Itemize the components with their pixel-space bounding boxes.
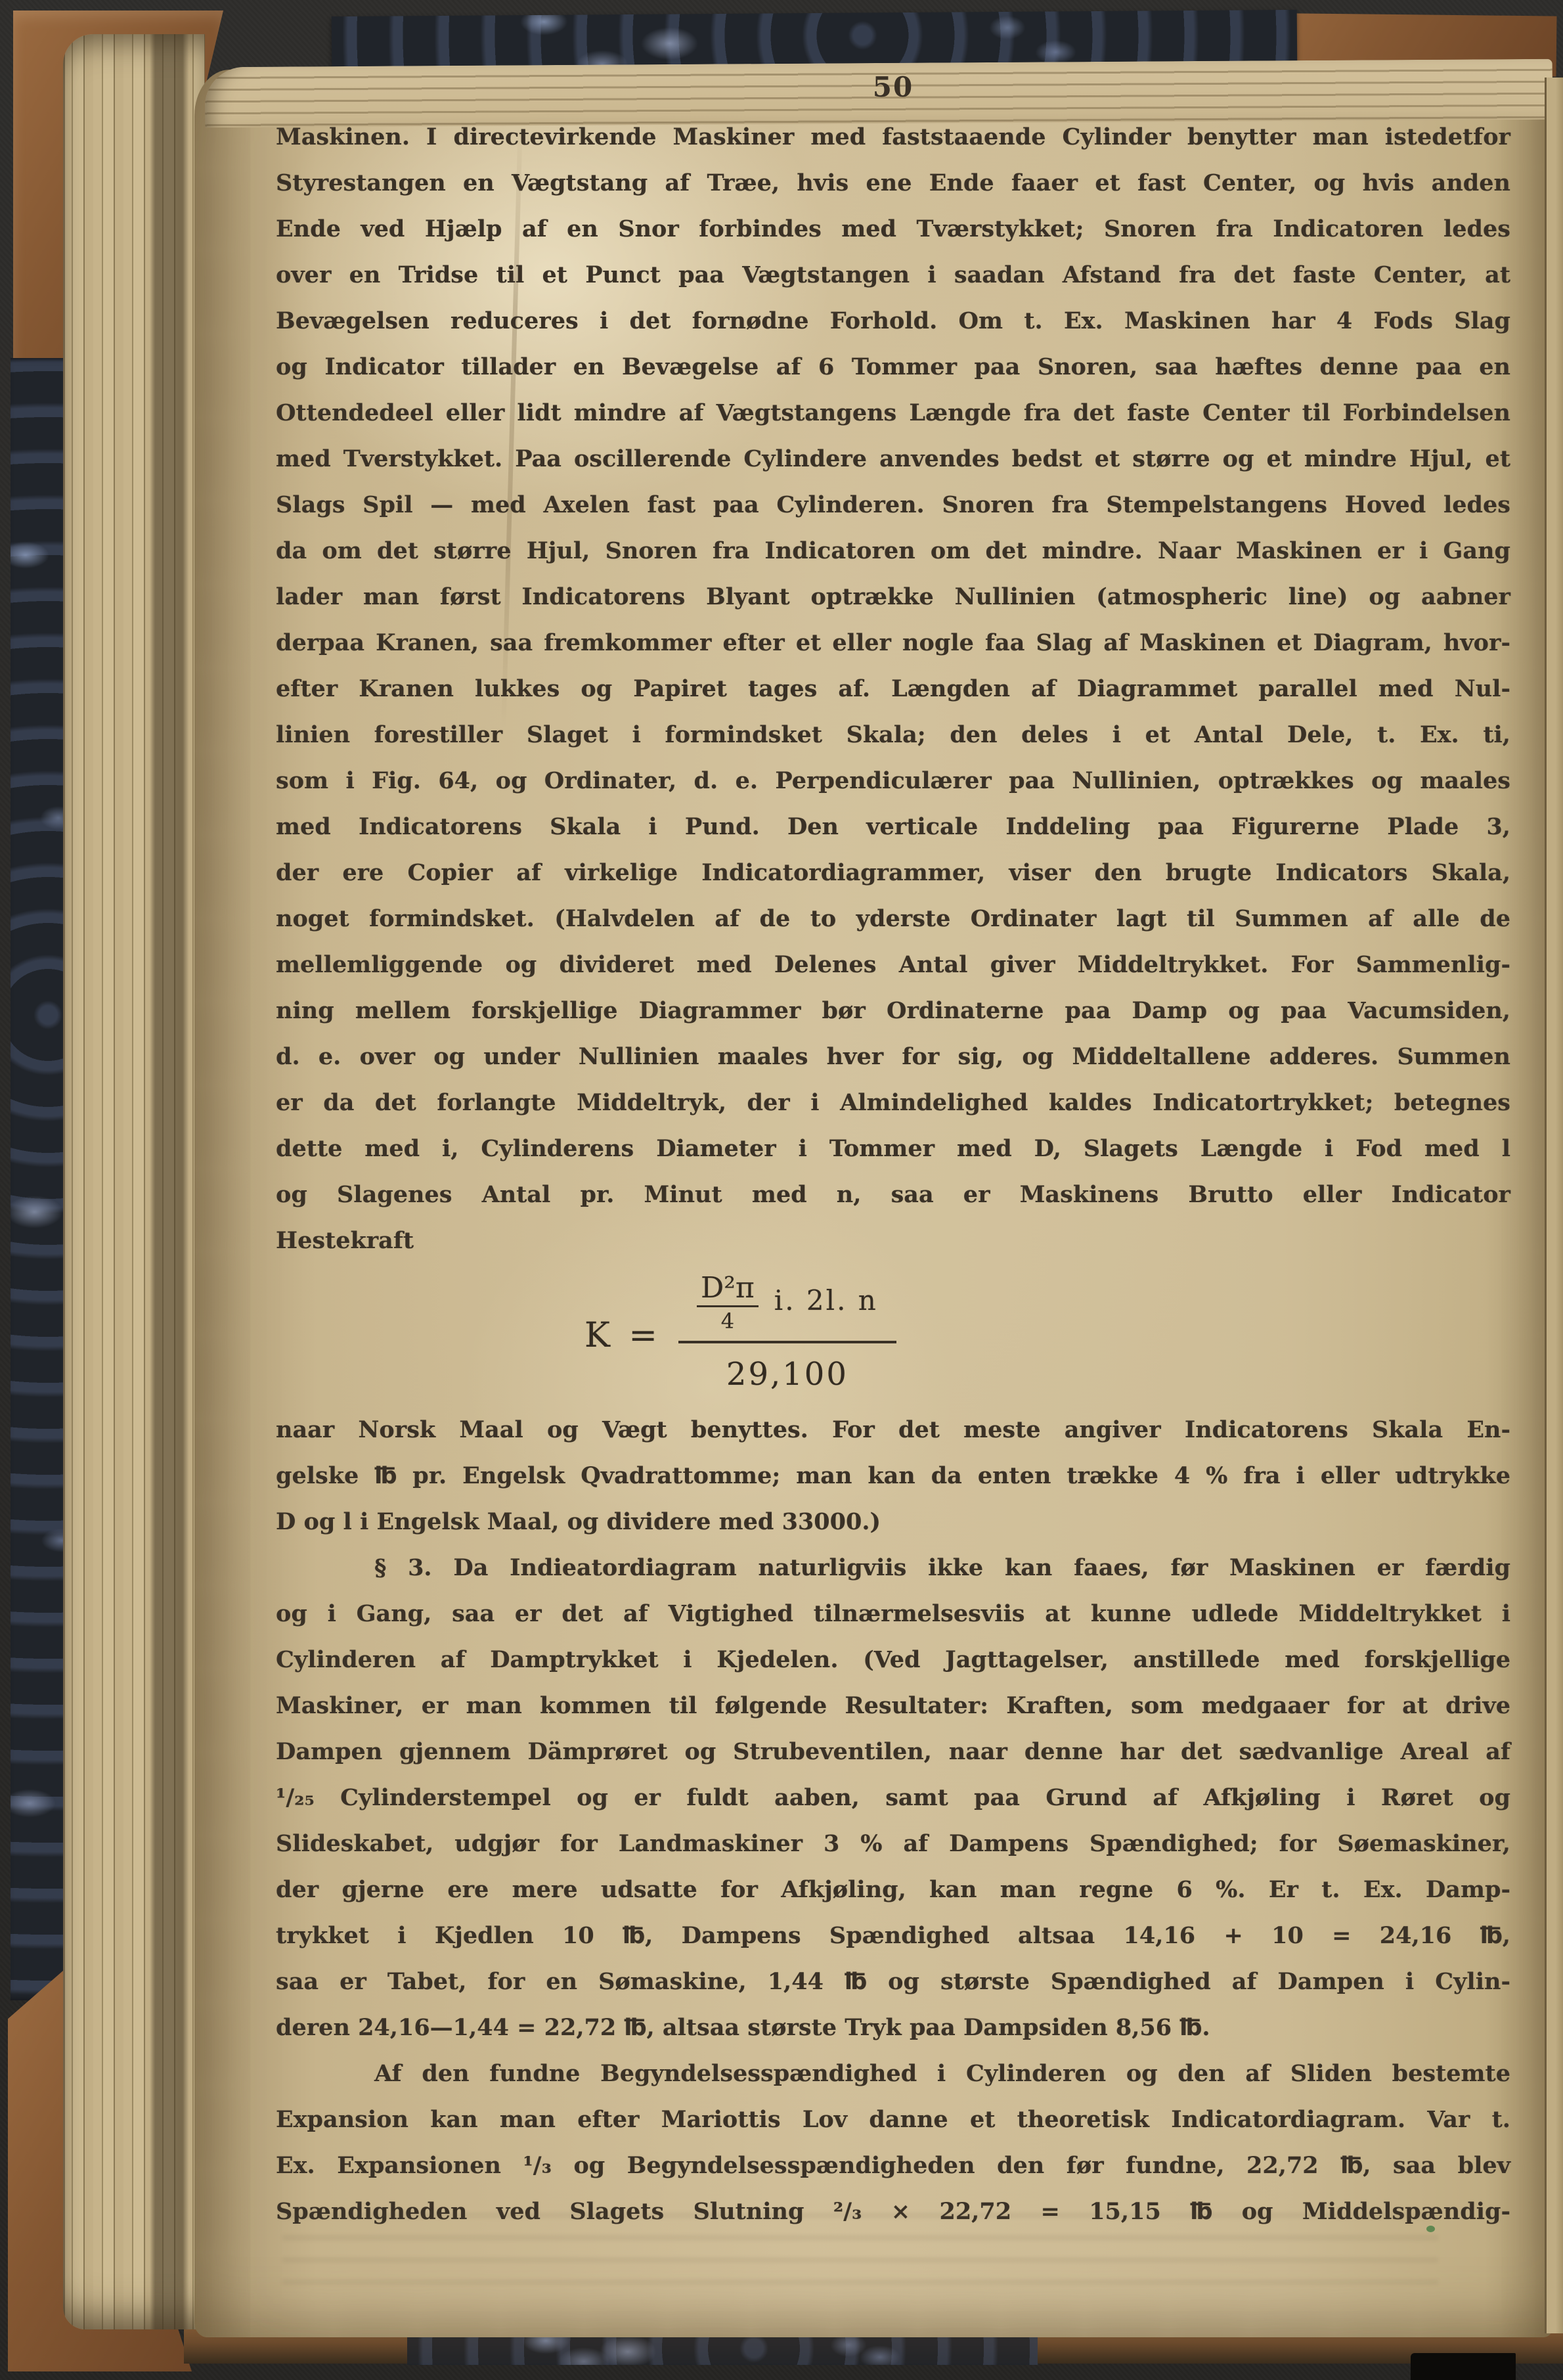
text-line: Ex. Expansionen ¹/₃ og Begyndelsesspændi… bbox=[276, 2143, 1510, 2189]
formula-fraction: D²π 4 i. 2l. n 29,100 bbox=[678, 1274, 896, 1397]
text-line: Slideskabet, udgjør for Landmaskiner 3 %… bbox=[276, 1821, 1510, 1867]
text-line: Styrestangen en Vægtstang af Træe, hvis … bbox=[276, 160, 1510, 206]
text-line: trykket i Kjedlen 10 ℔, Dampens Spændigh… bbox=[276, 1913, 1510, 1959]
inner-fraction-numerator: D²π bbox=[697, 1274, 759, 1307]
text-line: over en Tridse til et Punct paa Vægtstan… bbox=[276, 252, 1510, 298]
text-line: Cylinderen af Damptrykket i Kjedelen. (V… bbox=[276, 1637, 1510, 1683]
text-line: deren 24,16—1,44 = 22,72 ℔, altsaa størs… bbox=[276, 2005, 1510, 2051]
paragraph-after-formula: naar Norsk Maal og Vægt benyttes. For de… bbox=[276, 1407, 1510, 1545]
paragraph-expansion: Af den fundne Begyndelsesspændighed i Cy… bbox=[276, 2051, 1510, 2235]
text-line: Af den fundne Begyndelsesspændighed i Cy… bbox=[276, 2051, 1510, 2097]
text-line: er da det forlangte Middeltryk, der i Al… bbox=[276, 1080, 1510, 1126]
text-line: som i Fig. 64, og Ordinater, d. e. Perpe… bbox=[276, 758, 1510, 804]
body-text: Maskinen. I directevirkende Maskiner med… bbox=[276, 114, 1510, 2235]
marble-cover-bottom-strip bbox=[407, 2337, 1038, 2365]
inner-fraction-denominator: 4 bbox=[721, 1307, 734, 1332]
text-line: noget formindsket. (Halvdelen af de to y… bbox=[276, 896, 1510, 942]
inner-fraction: D²π 4 bbox=[697, 1274, 759, 1332]
text-line: linien forestiller Slaget i formindsket … bbox=[276, 712, 1510, 758]
formula-row: K = D²π 4 i. 2l. n 29,100 bbox=[584, 1274, 896, 1397]
text-line: Expansion kan man efter Mariottis Lov da… bbox=[276, 2097, 1510, 2143]
formula-denominator: 29,100 bbox=[726, 1343, 848, 1397]
text-line: og Slagenes Antal pr. Minut med n, saa e… bbox=[276, 1172, 1510, 1218]
paragraph-continuation: Maskinen. I directevirkende Maskiner med… bbox=[276, 114, 1510, 1264]
text-line: ning mellem forskjellige Diagrammer bør … bbox=[276, 988, 1510, 1034]
page-stack-left-edges bbox=[63, 34, 205, 2329]
text-line: med Tverstykket. Paa oscillerende Cylind… bbox=[276, 436, 1510, 482]
text-line: med Indicatorens Skala i Pund. Den verti… bbox=[276, 804, 1510, 850]
text-line: da om det større Hjul, Snoren fra Indica… bbox=[276, 528, 1510, 574]
text-line: Ende ved Hjælp af en Snor forbindes med … bbox=[276, 206, 1510, 252]
text-line: lader man først Indicatorens Blyant optr… bbox=[276, 574, 1510, 620]
ink-bleedthrough bbox=[282, 2212, 1438, 2285]
text-line: der ere Copier af virkelige Indicatordia… bbox=[276, 850, 1510, 896]
text-line: naar Norsk Maal og Vægt benyttes. For de… bbox=[276, 1407, 1510, 1453]
text-line: derpaa Kranen, saa fremkommer efter et e… bbox=[276, 620, 1510, 666]
text-line: Maskiner, er man kommen til følgende Res… bbox=[276, 1683, 1510, 1729]
paragraph-section-3: § 3. Da Indieatordiagram naturligviis ik… bbox=[276, 1545, 1510, 2051]
black-cover-blob bbox=[1411, 2353, 1516, 2380]
text-line: og i Gang, saa er det af Vigtighed tilnæ… bbox=[276, 1591, 1510, 1637]
text-line: D og l i Engelsk Maal, og dividere med 3… bbox=[276, 1499, 1510, 1545]
formula-lhs: K = bbox=[584, 1313, 661, 1358]
text-line: Bevægelsen reduceres i det fornødne Forh… bbox=[276, 298, 1510, 344]
text-line: d. e. over og under Nullinien maales hve… bbox=[276, 1034, 1510, 1080]
text-line: Dampen gjennem Dämprøret og Strubeventil… bbox=[276, 1729, 1510, 1775]
text-line: Maskinen. I directevirkende Maskiner med… bbox=[276, 114, 1510, 160]
green-speck bbox=[1426, 2226, 1435, 2232]
text-line: efter Kranen lukkes og Papiret tages af.… bbox=[276, 666, 1510, 712]
formula-numerator: D²π 4 i. 2l. n bbox=[678, 1274, 896, 1343]
text-line: dette med i, Cylinderens Diameter i Tomm… bbox=[276, 1126, 1510, 1172]
page-number: 50 bbox=[276, 71, 1510, 103]
text-line: gelske ℔ pr. Engelsk Qvadrattomme; man k… bbox=[276, 1453, 1510, 1499]
text-line: og Indicator tillader en Bevægelse af 6 … bbox=[276, 344, 1510, 390]
horsepower-formula: K = D²π 4 i. 2l. n 29,100 bbox=[276, 1264, 1510, 1407]
formula-factors: i. 2l. n bbox=[774, 1287, 878, 1332]
text-line: § 3. Da Indieatordiagram naturligviis ik… bbox=[276, 1545, 1510, 1591]
text-line: mellemliggende og divideret med Delenes … bbox=[276, 942, 1510, 988]
page-edge-right-sliver bbox=[1545, 78, 1563, 2333]
text-line: Hestekraft bbox=[276, 1218, 1510, 1264]
text-line: der gjerne ere mere udsatte for Afkjølin… bbox=[276, 1867, 1510, 1913]
text-line: ¹/₂₅ Cylinderstempel og er fuldt aaben, … bbox=[276, 1775, 1510, 1821]
text-line: Ottendedeel eller lidt mindre af Vægtsta… bbox=[276, 390, 1510, 436]
text-line: saa er Tabet, for en Sømaskine, 1,44 ℔ o… bbox=[276, 1959, 1510, 2005]
text-line: Slags Spil — med Axelen fast paa Cylinde… bbox=[276, 482, 1510, 528]
